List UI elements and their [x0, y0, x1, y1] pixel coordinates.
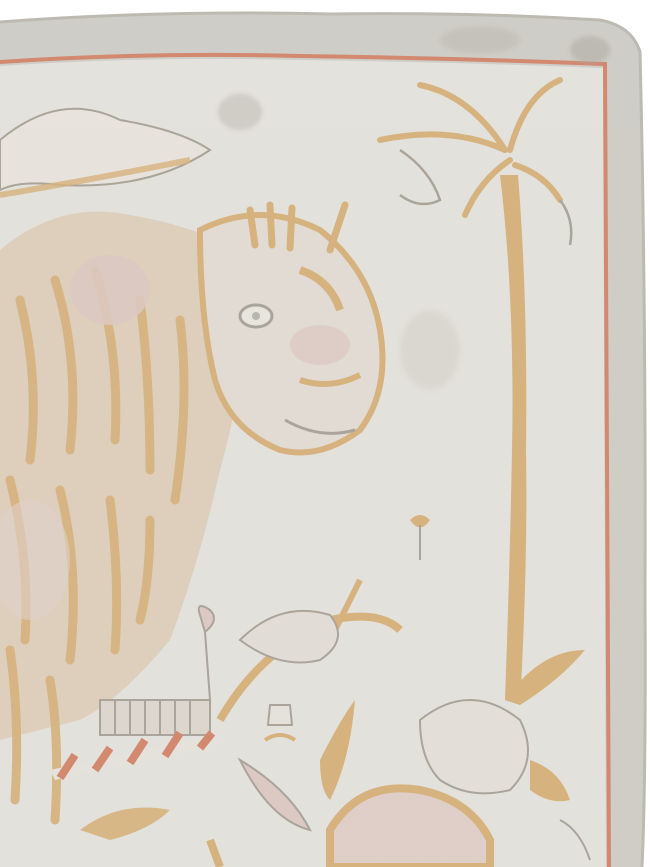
- rug-body: [0, 0, 650, 867]
- rug-photo: [0, 0, 650, 867]
